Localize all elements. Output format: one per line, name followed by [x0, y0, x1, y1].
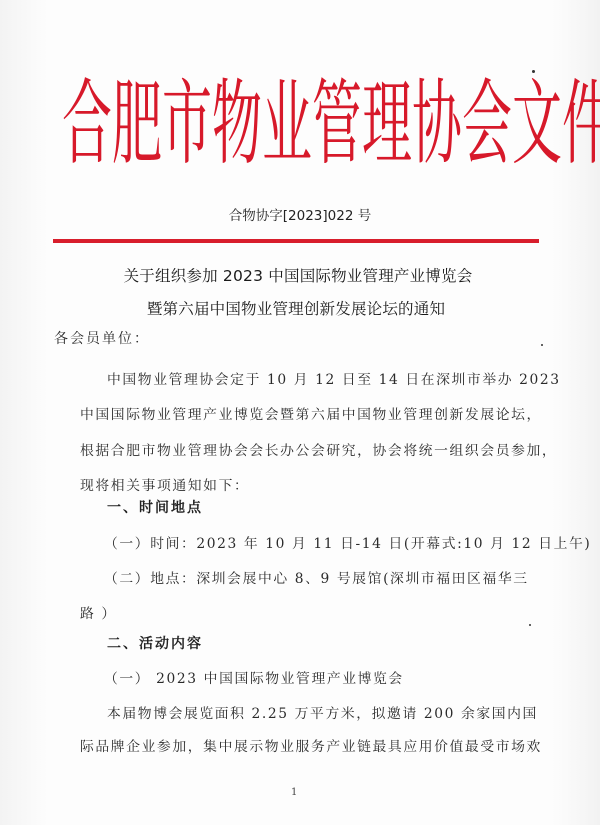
document-page: 合 肥 市 物 业 管 理 协 会 文 件 合物协字[2023]022 号 关于… — [0, 0, 600, 825]
scan-speck — [532, 70, 535, 73]
expo-body-line: 际品牌企业参加，集中展示物业服务产业链最具应用价值最受市场欢 — [80, 735, 542, 755]
intro-line: 中国国际物业管理产业博览会暨第六届中国物业管理创新发展论坛， — [80, 403, 542, 423]
subsection-expo: （一） 2023 中国国际物业管理产业博览会 — [104, 667, 404, 687]
scan-speck — [541, 344, 543, 346]
section-heading-time-place: 一、时间地点 — [107, 497, 203, 517]
salutation: 各会员单位： — [54, 328, 150, 348]
masthead-char: 物 — [212, 32, 262, 217]
time-line: （一）时间：2023 年 10 月 11 日-14 日(开幕式:10 月 12 … — [104, 532, 591, 552]
masthead-char: 会 — [462, 32, 512, 217]
intro-line: 现将相关事项通知如下： — [80, 474, 249, 494]
masthead-char: 合 — [62, 32, 112, 217]
section-heading-activities: 二、活动内容 — [107, 633, 203, 653]
place-line: （二）地点：深圳会展中心 8、9 号展馆(深圳市福田区福华三 — [104, 567, 529, 587]
masthead-char: 肥 — [112, 32, 162, 217]
masthead-char: 文 — [512, 32, 562, 217]
masthead-char: 市 — [162, 32, 212, 217]
intro-line: 中国物业管理协会定于 10 月 12 日至 14 日在深圳市举办 2023 — [107, 368, 561, 388]
scan-speck — [529, 624, 531, 626]
notice-title-line-1: 关于组织参加 2023 中国国际物业管理产业博览会 — [0, 264, 598, 286]
page-number: 1 — [291, 787, 297, 798]
masthead-title: 合 肥 市 物 业 管 理 协 会 文 件 — [62, 74, 542, 174]
intro-line: 根据合肥市物业管理协会会长办公会研究，协会将统一组织会员参加， — [80, 439, 557, 459]
masthead-char: 管 — [312, 32, 362, 217]
red-divider-rule — [53, 239, 539, 243]
masthead-char: 件 — [562, 32, 600, 217]
masthead-char: 理 — [362, 32, 412, 217]
notice-title-line-2: 暨第六届中国物业管理创新发展论坛的通知 — [0, 297, 596, 319]
expo-body-line: 本届物博会展览面积 2.25 万平方米，拟邀请 200 余家国内国 — [107, 702, 538, 722]
document-number: 合物协字[2023]022 号 — [0, 204, 600, 224]
masthead-char: 协 — [412, 32, 462, 217]
place-line-continued: 路 ） — [80, 602, 117, 622]
masthead-char: 业 — [262, 32, 312, 217]
